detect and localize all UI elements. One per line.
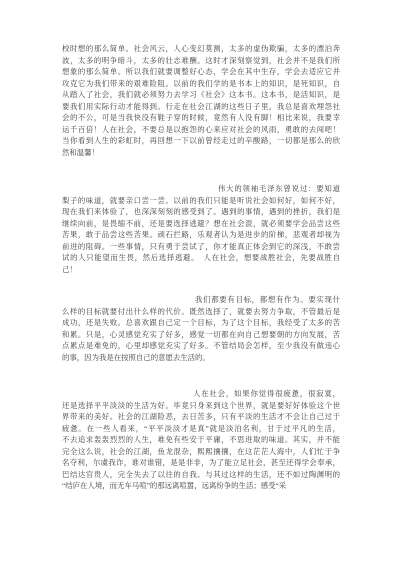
text-line: 要我们用实际行动才能得到。行走在社会江湖的这些日子里，我总是喜欢埋怨社: [62, 101, 340, 113]
text-line: 完全这么说，社会的江湖，鱼龙混杂，熙熙攘攘，在这茫茫人海中，人们忙于争: [62, 446, 340, 458]
paragraph-1: 校时想的那么简单。社会风云，人心变幻莫测，太多的虚伪欺骗，太多的漂泊奔波，太多的…: [62, 43, 340, 158]
text-line: 界带来的美好。社会的江湖险恶，去日苦多，只有平淡的生活才不会让自己过于: [62, 411, 340, 423]
text-line: 运千百倍！人在社会，不要总是以抱怨的心来应对社会的风雨，勇敢的去闯吧！: [62, 124, 340, 136]
text-line: 苦果，敢于品尝这些苦果。顽石拦路，乐观者认为是进步的阶梯，悲观者却视为: [62, 229, 340, 241]
text-line: 么样的目标就要付出什么样的代价。既然选择了，就要去努力争取，不管最后是: [62, 306, 340, 318]
text-line: 名夺利，尔虞我诈，谁对谁错，是是非非，为了能立足社会，甚至还得学会奉承，: [62, 457, 340, 469]
text-line: 试的人只能望而生畏，然后选择逃避。 人在社会，想要战胜社会，先要战胜自: [62, 252, 340, 264]
text-line: 想象的那么简单。所以我们就要调整好心态，学会在其中生存，学会去适应它并: [62, 66, 340, 78]
text-line: 伟大的领袖毛泽东曾说过：要知道: [62, 183, 340, 195]
text-line: 梨子的味道，就要亲口尝一尝。以前的我们只能是听说社会如何好，如何不好，: [62, 195, 340, 207]
document-page: 校时想的那么简单。社会风云，人心变幻莫测，太多的虚伪欺骗，太多的漂泊奔波，太多的…: [0, 0, 400, 566]
text-line: 的事，因为我是在按照自己的意愿去生活的。: [62, 352, 340, 364]
text-line: 从踏入了社会，我们就必须努力去学习《社会》这本书。这本书，是活知识，是: [62, 89, 340, 101]
text-line: 人在社会，如果你觉得很疲惫，很寂寞，: [62, 388, 340, 400]
text-line: “结庐在人境，而无车马喧”的那远离喧嚣，远离纷争的生活；感受“采: [62, 480, 340, 492]
text-line: 现在我们来体验了，也深深刻刻的感受到了。遇到的事情，遇到的挫折，我们是: [62, 206, 340, 218]
text-line: 还是选择平平淡淡的生活为好。毕竟只身来到这个世界，就是要好好体验这个世: [62, 400, 340, 412]
paragraph-4: 人在社会，如果你觉得很疲惫，很寂寞，还是选择平平淡淡的生活为好。毕竟只身来到这个…: [62, 388, 340, 492]
text-line: 己！: [62, 264, 340, 276]
text-line: 会的不公，可是当我快没有鞋子穿的时候，竟然有人没有脚！相比来说，我要幸: [62, 112, 340, 124]
text-line: 攻克它为我们带来的艰难险阻。以前的我们学的是书本上的知识，是死知识，自: [62, 78, 340, 90]
text-line: 巴结达官贵人，完全失去了以往的自我。与其过这样的生活，还不如过陶渊明的: [62, 469, 340, 481]
text-line: 波，太多的明争暗斗，太多的壮志难酬。这时才深刻察觉到，社会并不是我们所: [62, 55, 340, 67]
document-body: 校时想的那么简单。社会风云，人心变幻莫测，太多的虚伪欺骗，太多的漂泊奔波，太多的…: [62, 43, 340, 492]
text-line: 点累点是难免的，心里却感觉充实了好多。不管结局会怎样，至少我没有做违心: [62, 340, 340, 352]
text-line: 疲惫。在一些人看来，“平平淡淡才是真”就是淡泊名利，甘于过平凡的生活，: [62, 423, 340, 435]
paragraph-2: 伟大的领袖毛泽东曾说过：要知道梨子的味道，就要亲口尝一尝。以前的我们只能是听说社…: [62, 183, 340, 275]
text-line: 和累。只是，心灵感觉充实了好多，感觉一切都在向自己想要朝的方向发展，苦: [62, 329, 340, 341]
text-line: 当你看到人生的彩虹时，再回想一下以前曾经走过的辛酸路，一切都是那么的欣: [62, 135, 340, 147]
text-line: 不去追求轰轰烈烈的人生，难免有些安于平庸，不思进取的味道。其实，并不能: [62, 434, 340, 446]
text-line: 校时想的那么简单。社会风云，人心变幻莫测，太多的虚伪欺骗，太多的漂泊奔: [62, 43, 340, 55]
paragraph-3: 我们都要有目标，都想有作为。要实现什么样的目标就要付出什么样的代价。既然选择了，…: [62, 294, 340, 363]
text-line: 然和温馨！: [62, 147, 340, 159]
text-line: 成功，还是失败。总喜欢跟自己定一个目标，为了这个目标，我经受了太多的苦: [62, 317, 340, 329]
text-line: 我们都要有目标，都想有作为。要实现什: [62, 294, 340, 306]
text-line: 继续向前，是畏缩不前，还是要选择逃避？想在社会混，就必须要学会品尝这些: [62, 218, 340, 230]
text-line: 前进的阻碍。一些事情，只有勇于尝试了，你才能真正体会到它的深浅，不敢尝: [62, 241, 340, 253]
